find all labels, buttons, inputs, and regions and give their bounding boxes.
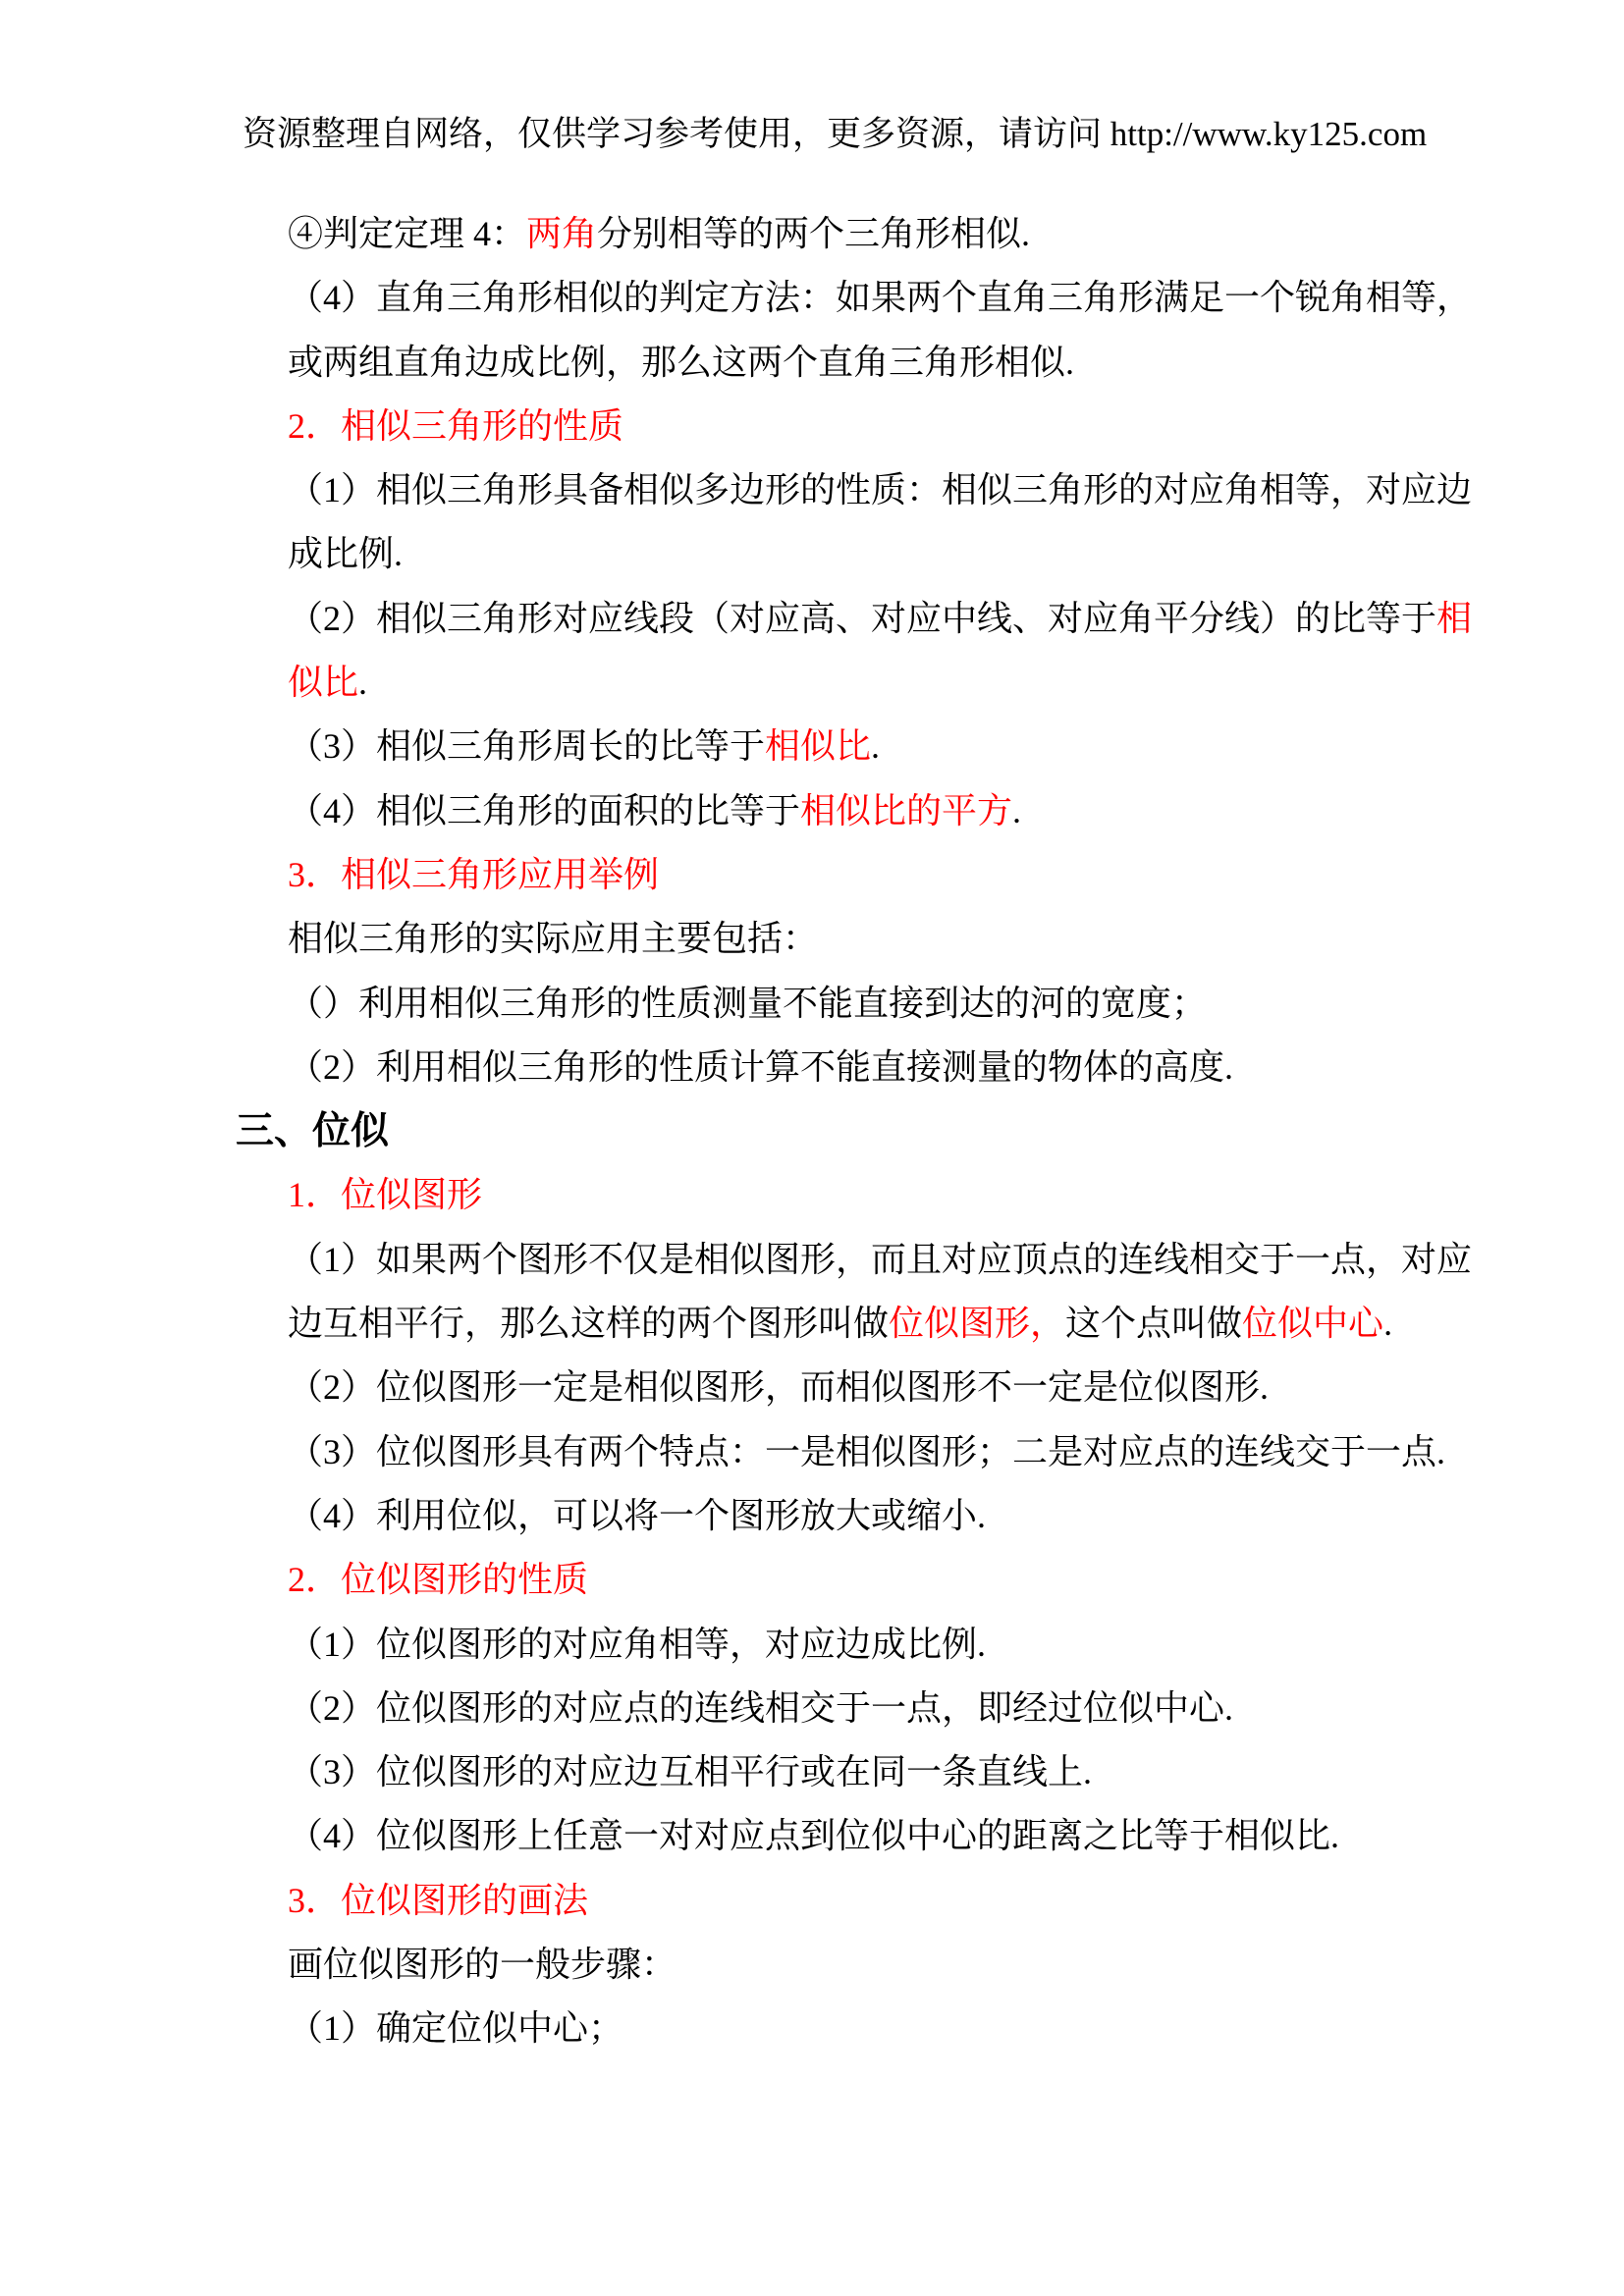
red-subheading: 3．位似图形的画法 <box>0 1869 1624 1933</box>
highlighted-text: 3．相似三角形应用举例 <box>288 855 659 894</box>
text-segment: 这个点叫做 <box>1065 1304 1242 1343</box>
red-subheading: 3．相似三角形应用举例 <box>0 843 1624 907</box>
text-line: 似比. <box>0 651 1624 715</box>
text-segment: . <box>1012 791 1021 830</box>
text-segment: 画位似图形的一般步骤： <box>288 1945 677 1984</box>
text-segment: （3）位似图形的对应边互相平行或在同一条直线上. <box>288 1752 1092 1791</box>
highlighted-text: 3．位似图形的画法 <box>288 1881 588 1920</box>
text-line: 或两组直角边成比例，那么这两个直角三角形相似. <box>0 331 1624 395</box>
text-segment: （3）位似图形具有两个特点：一是相似图形；二是对应点的连线交于一点. <box>288 1432 1445 1471</box>
document-page: 资源整理自网络，仅供学习参考使用，更多资源，请访问 http://www.ky1… <box>0 0 1624 2296</box>
text-segment: . <box>358 663 367 702</box>
text-line: （4）位似图形上任意一对对应点到位似中心的距离之比等于相似比. <box>0 1804 1624 1868</box>
text-line: 画位似图形的一般步骤： <box>0 1933 1624 1997</box>
text-line: 边互相平行，那么这样的两个图形叫做位似图形，这个点叫做位似中心. <box>0 1292 1624 1356</box>
text-line: （1）如果两个图形不仅是相似图形，而且对应顶点的连线相交于一点，对应 <box>0 1228 1624 1292</box>
text-line: （4）相似三角形的面积的比等于相似比的平方. <box>0 779 1624 843</box>
red-subheading: 2．相似三角形的性质 <box>0 395 1624 458</box>
text-segment: （2）相似三角形对应线段（对应高、对应中线、对应角平分线）的比等于 <box>288 599 1436 638</box>
text-segment: （1）相似三角形具备相似多边形的性质：相似三角形的对应角相等，对应边 <box>288 470 1472 509</box>
text-segment: （1）位似图形的对应角相等，对应边成比例. <box>288 1625 986 1664</box>
section-heading: 三、位似 <box>0 1099 1624 1163</box>
text-segment: . <box>871 726 880 766</box>
text-segment: 分别相等的两个三角形相似. <box>597 214 1030 253</box>
text-segment: （2）位似图形一定是相似图形，而相似图形不一定是位似图形. <box>288 1367 1269 1407</box>
text-line: （）利用相似三角形的性质测量不能直接到达的河的宽度； <box>0 972 1624 1036</box>
text-segment: （）利用相似三角形的性质测量不能直接到达的河的宽度； <box>288 984 1207 1023</box>
highlighted-text: 1．位似图形 <box>288 1175 482 1214</box>
red-subheading: 1．位似图形 <box>0 1163 1624 1227</box>
highlighted-text: 相似比 <box>765 726 871 766</box>
red-subheading: 2．位似图形的性质 <box>0 1548 1624 1612</box>
text-line: （2）位似图形的对应点的连线相交于一点，即经过位似中心. <box>0 1677 1624 1740</box>
text-segment: （3）相似三角形周长的比等于 <box>288 726 765 766</box>
text-line: ④判定定理 4：两角分别相等的两个三角形相似. <box>0 202 1624 266</box>
highlighted-text: 2．位似图形的性质 <box>288 1560 588 1599</box>
text-segment: （2）利用相似三角形的性质计算不能直接测量的物体的高度. <box>288 1047 1233 1087</box>
text-line: 成比例. <box>0 522 1624 586</box>
text-segment: 成比例. <box>288 534 403 573</box>
highlighted-text: 相 <box>1436 599 1472 638</box>
text-segment: ④判定定理 4： <box>288 214 526 253</box>
text-segment: 三、位似 <box>236 1110 389 1152</box>
text-line: （2）利用相似三角形的性质计算不能直接测量的物体的高度. <box>0 1036 1624 1099</box>
header-note: 资源整理自网络，仅供学习参考使用，更多资源，请访问 http://www.ky1… <box>243 110 1427 159</box>
text-line: （4）利用位似，可以将一个图形放大或缩小. <box>0 1484 1624 1548</box>
highlighted-text: 似比 <box>288 663 358 702</box>
text-segment: （4）直角三角形相似的判定方法：如果两个直角三角形满足一个锐角相等， <box>288 278 1472 317</box>
highlighted-text: 两角 <box>526 214 597 253</box>
highlighted-text: 位似图形， <box>889 1304 1065 1343</box>
text-line: （1）相似三角形具备相似多边形的性质：相似三角形的对应角相等，对应边 <box>0 458 1624 522</box>
text-segment: （4）位似图形上任意一对对应点到位似中心的距离之比等于相似比. <box>288 1816 1339 1855</box>
text-segment: （4）利用位似，可以将一个图形放大或缩小. <box>288 1496 986 1535</box>
text-segment: （1）确定位似中心； <box>288 2008 623 2048</box>
text-segment: 边互相平行，那么这样的两个图形叫做 <box>288 1304 889 1343</box>
text-segment: 或两组直角边成比例，那么这两个直角三角形相似. <box>288 343 1074 382</box>
text-line: （3）位似图形具有两个特点：一是相似图形；二是对应点的连线交于一点. <box>0 1420 1624 1484</box>
text-segment: . <box>1383 1304 1392 1343</box>
text-line: （1）位似图形的对应角相等，对应边成比例. <box>0 1613 1624 1677</box>
text-line: （4）直角三角形相似的判定方法：如果两个直角三角形满足一个锐角相等， <box>0 266 1624 330</box>
text-line: （2）相似三角形对应线段（对应高、对应中线、对应角平分线）的比等于相 <box>0 587 1624 651</box>
text-segment: 相似三角形的实际应用主要包括： <box>288 919 818 958</box>
highlighted-text: 2．相似三角形的性质 <box>288 406 623 446</box>
text-line: （2）位似图形一定是相似图形，而相似图形不一定是位似图形. <box>0 1356 1624 1419</box>
highlighted-text: 相似比的平方 <box>800 791 1012 830</box>
text-segment: （4）相似三角形的面积的比等于 <box>288 791 800 830</box>
text-segment: （1）如果两个图形不仅是相似图形，而且对应顶点的连线相交于一点，对应 <box>288 1240 1472 1279</box>
text-line: （3）相似三角形周长的比等于相似比. <box>0 715 1624 778</box>
text-line: （3）位似图形的对应边互相平行或在同一条直线上. <box>0 1740 1624 1804</box>
text-segment: （2）位似图形的对应点的连线相交于一点，即经过位似中心. <box>288 1688 1233 1728</box>
highlighted-text: 位似中心 <box>1242 1304 1383 1343</box>
document-lines: ④判定定理 4：两角分别相等的两个三角形相似.（4）直角三角形相似的判定方法：如… <box>0 202 1624 2061</box>
text-line: （1）确定位似中心； <box>0 1997 1624 2060</box>
text-line: 相似三角形的实际应用主要包括： <box>0 907 1624 971</box>
